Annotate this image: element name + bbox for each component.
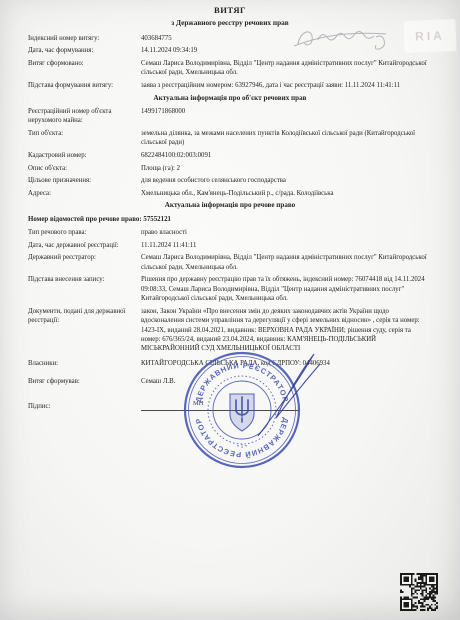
handwritten-note (288, 20, 408, 56)
field-label: Дата, час державної реєстрації: (28, 241, 141, 250)
field-value: Семаш Лариса Володимирівна, Відділ "Цент… (141, 253, 432, 272)
field-label: Підпис: (28, 402, 141, 414)
field-value: 6822484100:02:003:0091 (141, 151, 432, 160)
field-label: Тип речового права: (28, 228, 141, 237)
section-header-right-info: Актуальна інформація про речове право (28, 201, 432, 210)
qr-code (400, 572, 438, 612)
field-label: Витяг сформував: (28, 377, 141, 386)
field-label: Опис об'єкта: (28, 164, 141, 173)
field-row-formed-by: Витяг сформовано: Семаш Лариса Володимир… (28, 59, 432, 78)
field-value: закон, Закон України «Про внесення змін … (141, 307, 432, 354)
trident-emblem-icon (230, 394, 254, 431)
field-value: Рішення про державну реєстрацію прав та … (141, 275, 432, 303)
field-row-state-registration-date: Дата, час державної реєстрації: 11.11.20… (28, 241, 432, 250)
field-value: 1499171868000 (141, 107, 432, 126)
field-label: Індексний номер витягу: (28, 34, 141, 43)
field-label: Реєстраційний номер об'єкта нерухомого м… (28, 107, 141, 126)
field-label: Витяг сформовано: (28, 59, 141, 78)
registrar-signature (252, 348, 332, 444)
field-row-record-basis: Підстава внесення запису: Рішення про де… (28, 275, 432, 303)
field-label: Кадастровий номер: (28, 151, 141, 160)
field-value: Хмельницька обл., Кам'янець-Подільський … (141, 189, 432, 198)
field-row-object-description: Опис об'єкта: Площа (га): 2 (28, 164, 432, 173)
section-header-object-info: Актуальна інформація про об'єкт речових … (28, 94, 432, 103)
field-label: Підстава формування витягу: (28, 81, 141, 90)
field-row-right-type: Тип речового права: право власності (28, 228, 432, 237)
field-row-registration-number: Реєстраційний номер об'єкта нерухомого м… (28, 107, 432, 126)
field-row-address: Адреса: Хмельницька обл., Кам'янець-Поді… (28, 189, 432, 198)
field-value: Семаш Лариса Володимирівна, Відділ "Цент… (141, 59, 432, 78)
document-title: ВИТЯГ (28, 6, 432, 15)
scanned-document-photo: ВИТЯГ з Державного реєстру речових прав … (0, 0, 460, 620)
field-label: Державний реєстратор: (28, 253, 141, 272)
field-label: Цільове призначення: (28, 176, 141, 185)
field-value: земельна ділянка, за межами населених пу… (141, 129, 432, 148)
field-value: для ведення особистого селянського госпо… (141, 176, 432, 185)
field-value: 11.11.2024 11:41:11 (141, 241, 432, 250)
field-row-purpose: Цільове призначення: для ведення особист… (28, 176, 432, 185)
field-row-formation-basis: Підстава формування витягу: заява з реєс… (28, 81, 432, 90)
field-value: заява з реєстраційним номером: 63927946,… (141, 81, 432, 90)
field-value: право власності (141, 228, 432, 237)
field-label: Документи, подані для державної реєстрац… (28, 307, 141, 354)
field-row-object-type: Тип об'єкта: земельна ділянка, за межами… (28, 129, 432, 148)
field-row-cadastral-number: Кадастровий номер: 6822484100:02:003:009… (28, 151, 432, 160)
field-row-submitted-documents: Документи, подані для державної реєстрац… (28, 307, 432, 354)
field-label: Адреса: (28, 189, 141, 198)
field-label: Власники: (28, 359, 141, 368)
field-label: Дата, час формування: (28, 46, 141, 55)
stamp-number-mark: • 1 • (237, 444, 247, 450)
record-number-line: Номер відомостей про речове право: 57552… (28, 215, 432, 224)
field-label: Тип об'єкта: (28, 129, 141, 148)
photo-watermark: RIA (403, 19, 456, 53)
field-row-state-registrar: Державний реєстратор: Семаш Лариса Волод… (28, 253, 432, 272)
field-label: Підстава внесення запису: (28, 275, 141, 303)
field-value: Площа (га): 2 (141, 164, 432, 173)
